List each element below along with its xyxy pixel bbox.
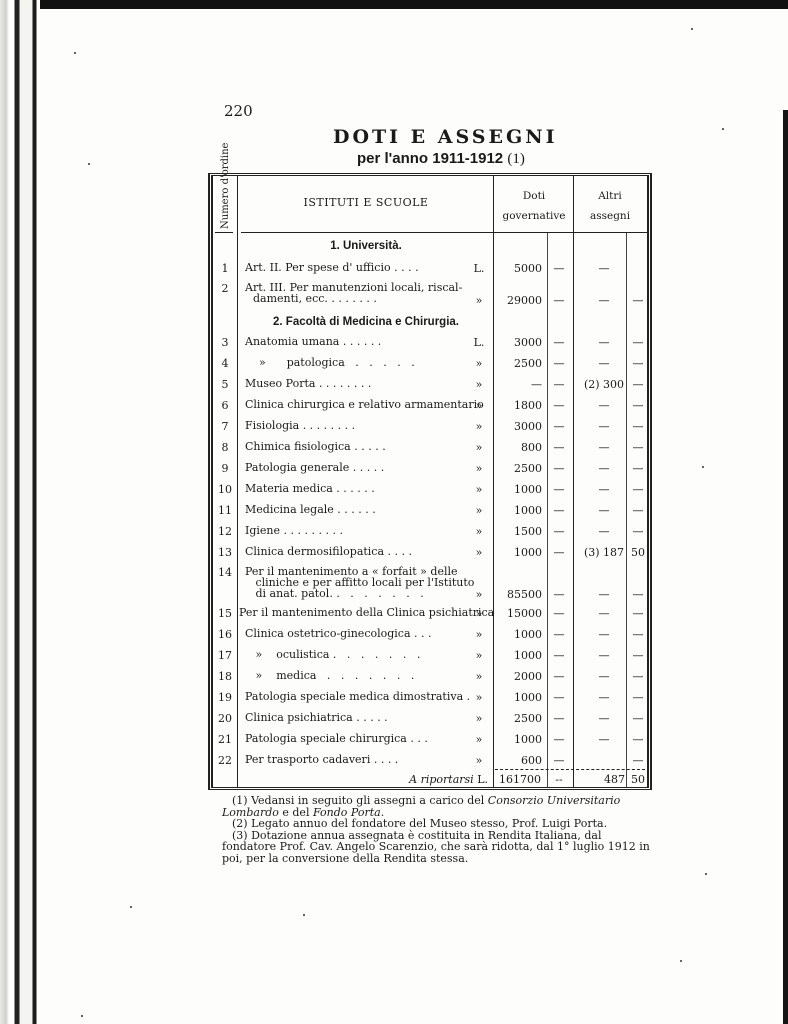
row-description: » oculistica . . . . . . . xyxy=(245,649,475,660)
row-description: Clinica ostetrico-ginecologica . . . xyxy=(245,628,475,639)
row-altri: (3) 187 xyxy=(573,546,635,559)
row-description: Patologia speciale chirurgica . . . xyxy=(245,733,475,744)
row-altri: — xyxy=(573,712,635,725)
row-doti: 2500 xyxy=(497,357,542,370)
footnote-3: (3) Dotazione annua assegnata è costitui… xyxy=(222,830,652,865)
footnote-1: (1) Vedansi in seguito gli assegni a car… xyxy=(222,795,652,818)
row-unit: » xyxy=(469,462,489,475)
row-description: Igiene . . . . . . . . . xyxy=(245,525,475,536)
row-number: 1 xyxy=(215,262,235,275)
row-altri-cents: — xyxy=(631,588,645,601)
total-altri: 487 xyxy=(585,773,625,786)
row-description: Art. II. Per spese d' ufficio . . . . xyxy=(245,262,475,273)
row-unit: » xyxy=(469,441,489,454)
col-rule-istituti xyxy=(493,176,494,787)
row-unit: » xyxy=(469,504,489,517)
row-doti: — xyxy=(497,378,542,391)
row-doti-cents: — xyxy=(551,399,567,412)
header-doti-governative: Doti governative xyxy=(495,186,573,226)
row-altri: (2) 300 xyxy=(573,378,635,391)
row-number: 17 xyxy=(215,649,235,662)
row-unit: » xyxy=(469,691,489,704)
row-altri: — xyxy=(573,733,635,746)
scan-speck xyxy=(680,960,682,962)
row-altri: — xyxy=(573,649,635,662)
row-doti-cents: — xyxy=(551,441,567,454)
row-altri-cents: — xyxy=(631,399,645,412)
row-unit: » xyxy=(469,754,489,767)
row-unit: » xyxy=(469,294,489,307)
row-doti-cents: — xyxy=(551,483,567,496)
row-altri-cents: — xyxy=(631,525,645,538)
row-description: Clinica chirurgica e relativo armamentar… xyxy=(245,399,475,410)
scan-speck xyxy=(702,466,704,468)
row-altri-cents: — xyxy=(631,462,645,475)
row-doti: 1000 xyxy=(497,628,542,641)
row-doti: 600 xyxy=(497,754,542,767)
row-description: Patologia generale . . . . . xyxy=(245,462,475,473)
row-doti-cents: — xyxy=(551,546,567,559)
header-rule-numero xyxy=(215,232,233,233)
row-doti-cents: — xyxy=(551,607,567,620)
row-unit: » xyxy=(469,420,489,433)
page-subtitle: per l'anno 1911-1912 (1) xyxy=(357,150,525,168)
scan-speck xyxy=(81,1015,83,1017)
row-doti-cents: — xyxy=(551,588,567,601)
row-number: 3 xyxy=(215,336,235,349)
row-doti: 2500 xyxy=(497,462,542,475)
row-altri: — xyxy=(573,628,635,641)
scan-top-edge xyxy=(0,0,788,9)
row-unit: » xyxy=(469,399,489,412)
row-doti: 85500 xyxy=(497,588,542,601)
row-number: 6 xyxy=(215,399,235,412)
row-doti-cents: — xyxy=(551,504,567,517)
section-heading: 1. Università. xyxy=(241,240,491,252)
row-number: 20 xyxy=(215,712,235,725)
row-doti: 15000 xyxy=(497,607,542,620)
subtitle-footnote-ref: (1) xyxy=(507,151,525,167)
row-altri-cents: — xyxy=(631,607,645,620)
row-description: » patologica . . . . . xyxy=(245,357,475,368)
row-altri: — xyxy=(573,399,635,412)
row-description: Clinica psichiatrica . . . . . xyxy=(245,712,475,723)
row-number: 7 xyxy=(215,420,235,433)
row-doti: 1800 xyxy=(497,399,542,412)
section-heading: 2. Facoltà di Medicina e Chirurgia. xyxy=(241,316,491,328)
row-unit: L. xyxy=(469,336,489,349)
row-number: 11 xyxy=(215,504,235,517)
row-number: 22 xyxy=(215,754,235,767)
row-altri-cents: — xyxy=(631,691,645,704)
row-doti-cents: — xyxy=(551,691,567,704)
row-altri-cents: — xyxy=(631,420,645,433)
row-altri: — xyxy=(573,483,635,496)
page-title: DOTI E ASSEGNI xyxy=(333,126,558,148)
row-doti: 800 xyxy=(497,441,542,454)
header-istituti-scuole: ISTITUTI E SCUOLE xyxy=(241,196,491,209)
row-number: 15 xyxy=(215,607,235,620)
footnotes: (1) Vedansi in seguito gli assegni a car… xyxy=(222,795,652,864)
row-number: 8 xyxy=(215,441,235,454)
row-doti-cents: — xyxy=(551,670,567,683)
row-altri-cents: 50 xyxy=(631,546,645,559)
row-doti-cents: — xyxy=(551,357,567,370)
row-number: 16 xyxy=(215,628,235,641)
total-label: A riportarsi L. xyxy=(333,773,488,786)
row-unit: » xyxy=(469,733,489,746)
row-number: 4 xyxy=(215,357,235,370)
row-altri-cents: — xyxy=(631,733,645,746)
header-rule xyxy=(241,232,647,233)
row-doti-cents: — xyxy=(551,525,567,538)
row-altri-cents: — xyxy=(631,483,645,496)
row-altri: — xyxy=(573,462,635,475)
row-altri: — xyxy=(573,357,635,370)
row-number: 13 xyxy=(215,546,235,559)
row-doti: 2500 xyxy=(497,712,542,725)
row-description: Clinica dermosifilopatica . . . . xyxy=(245,546,475,557)
row-unit: » xyxy=(469,649,489,662)
row-altri-cents: — xyxy=(631,336,645,349)
row-altri-cents: — xyxy=(631,378,645,391)
row-altri-cents: — xyxy=(631,441,645,454)
row-doti-cents: — xyxy=(551,754,567,767)
row-description: Medicina legale . . . . . . xyxy=(245,504,475,515)
row-description: Museo Porta . . . . . . . . xyxy=(245,378,475,389)
row-description: » medica . . . . . . . xyxy=(245,670,475,681)
row-description: Materia medica . . . . . . xyxy=(245,483,475,494)
row-doti: 1000 xyxy=(497,691,542,704)
total-doti: 161700 xyxy=(493,773,541,786)
scan-speck xyxy=(691,28,693,30)
row-doti: 3000 xyxy=(497,336,542,349)
row-altri: — xyxy=(573,670,635,683)
book-spine-left xyxy=(0,0,40,1024)
row-altri: — xyxy=(573,588,635,601)
row-doti-cents: — xyxy=(551,294,567,307)
row-unit: » xyxy=(469,357,489,370)
row-altri: — xyxy=(573,691,635,704)
row-altri: — xyxy=(573,441,635,454)
subtitle-text: per l'anno 1911-1912 xyxy=(357,150,503,167)
row-altri: — xyxy=(573,525,635,538)
row-altri: — xyxy=(573,294,635,307)
total-rule xyxy=(495,769,645,770)
row-description: Anatomia umana . . . . . . xyxy=(245,336,475,347)
row-unit: » xyxy=(469,483,489,496)
row-doti: 1500 xyxy=(497,525,542,538)
header-altri-assegni: Altri assegni xyxy=(575,186,645,226)
row-doti-cents: — xyxy=(551,628,567,641)
row-altri: — xyxy=(573,504,635,517)
row-description: Fisiologia . . . . . . . . xyxy=(245,420,475,431)
header-numero-ordine: Numero d'ordine xyxy=(213,178,237,232)
row-unit: » xyxy=(469,588,489,601)
row-altri-cents: — xyxy=(631,628,645,641)
row-description: Patologia speciale medica dimostrativa . xyxy=(245,691,475,702)
footnote-2: (2) Legato annuo del fondatore del Museo… xyxy=(222,818,652,830)
row-altri: — xyxy=(573,336,635,349)
row-description: Per il mantenimento della Clinica psichi… xyxy=(239,607,469,618)
row-altri-cents: — xyxy=(631,712,645,725)
row-description: Per il mantenimento a « forfait » delle … xyxy=(245,566,475,599)
row-unit: » xyxy=(469,607,489,620)
row-doti-cents: — xyxy=(551,733,567,746)
row-doti: 5000 xyxy=(497,262,542,275)
scan-speck xyxy=(88,163,90,165)
row-doti-cents: — xyxy=(551,378,567,391)
scan-speck xyxy=(130,906,132,908)
row-altri-cents: — xyxy=(631,294,645,307)
row-doti: 1000 xyxy=(497,733,542,746)
row-altri-cents: — xyxy=(631,504,645,517)
row-number: 9 xyxy=(215,462,235,475)
row-altri-cents: — xyxy=(631,670,645,683)
row-number: 19 xyxy=(215,691,235,704)
row-number: 12 xyxy=(215,525,235,538)
row-description: Art. III. Per manutenzioni locali, risca… xyxy=(245,282,475,304)
row-unit: » xyxy=(469,378,489,391)
row-description: Chimica fisiologica . . . . . xyxy=(245,441,475,452)
row-altri: — xyxy=(573,420,635,433)
row-number: 2 xyxy=(215,282,235,295)
row-doti: 1000 xyxy=(497,504,542,517)
row-unit: » xyxy=(469,628,489,641)
scan-speck xyxy=(303,914,305,916)
row-unit: » xyxy=(469,670,489,683)
row-altri-cents: — xyxy=(631,357,645,370)
row-altri: — xyxy=(573,607,635,620)
page-edge-right xyxy=(783,110,788,1024)
row-number: 18 xyxy=(215,670,235,683)
total-doti-cents: -- xyxy=(551,773,567,786)
row-number: 5 xyxy=(215,378,235,391)
row-number: 10 xyxy=(215,483,235,496)
row-number: 14 xyxy=(215,566,235,579)
row-doti-cents: — xyxy=(551,649,567,662)
page-number: 220 xyxy=(224,102,253,120)
row-doti-cents: — xyxy=(551,712,567,725)
doti-assegni-table: Numero d'ordine ISTITUTI E SCUOLE Doti g… xyxy=(208,173,652,790)
row-altri: — xyxy=(573,262,635,275)
row-doti: 29000 xyxy=(497,294,542,307)
row-doti-cents: — xyxy=(551,420,567,433)
row-number: 21 xyxy=(215,733,235,746)
row-doti: 1000 xyxy=(497,649,542,662)
row-doti-cents: — xyxy=(551,336,567,349)
scan-speck xyxy=(74,52,76,54)
total-altri-cents: 50 xyxy=(631,773,645,786)
row-unit: L. xyxy=(469,262,489,275)
row-doti: 1000 xyxy=(497,546,542,559)
scan-speck xyxy=(705,873,707,875)
row-description: Per trasporto cadaveri . . . . xyxy=(245,754,475,765)
row-altri-cents: — xyxy=(631,649,645,662)
row-doti-cents: — xyxy=(551,462,567,475)
row-unit: » xyxy=(469,712,489,725)
row-doti: 3000 xyxy=(497,420,542,433)
row-doti-cents: — xyxy=(551,262,567,275)
col-rule-numero xyxy=(237,176,238,787)
row-unit: » xyxy=(469,525,489,538)
row-doti: 2000 xyxy=(497,670,542,683)
col-rule-doti-sub xyxy=(547,232,548,787)
scan-speck xyxy=(722,128,724,130)
row-unit: » xyxy=(469,546,489,559)
row-doti: 1000 xyxy=(497,483,542,496)
row-altri-cents: — xyxy=(631,754,645,767)
